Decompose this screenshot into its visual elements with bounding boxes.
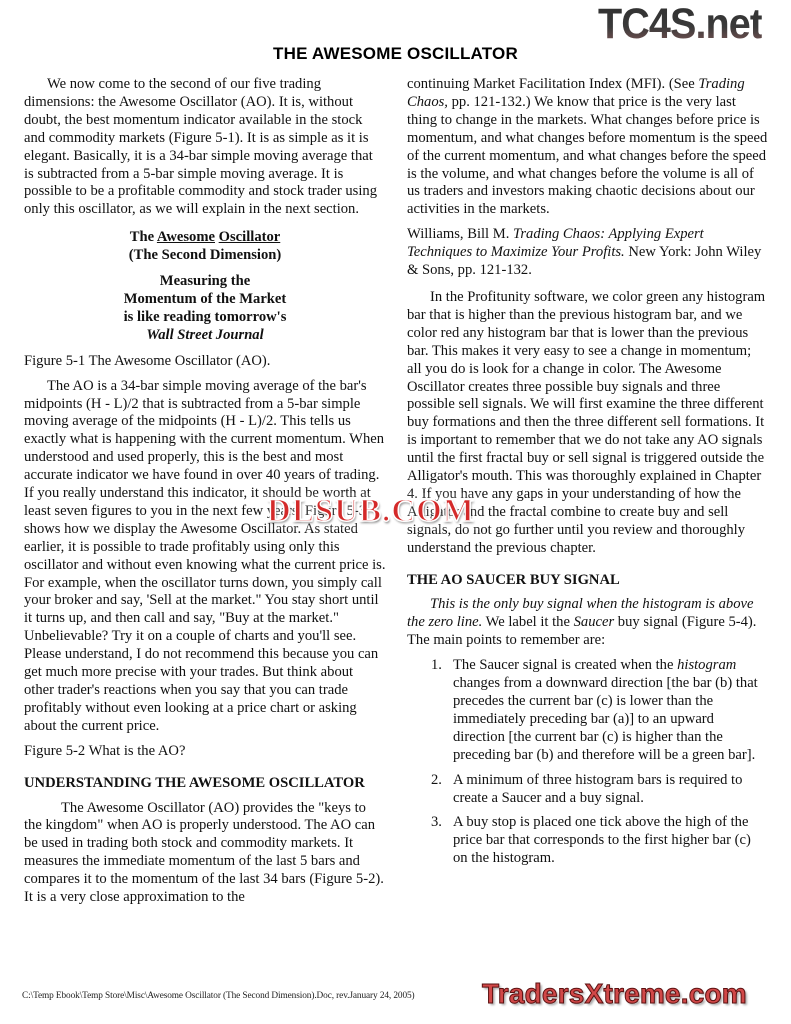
page-title: THE AWESOME OSCILLATOR [0,44,791,64]
dlsub-watermark: DLSUB.COM [263,493,479,530]
ao-definition-paragraph: The AO is a 34-bar simple moving average… [24,378,386,736]
mfi-text-b: pp. 121-132.) We know that price is the … [407,94,767,217]
saucer-heading: THE AO SAUCER BUY SIGNAL [407,572,769,590]
saucer-text-a: We label it the [482,614,573,630]
reference-citation: Williams, Bill M. Trading Chaos: Applyin… [407,226,769,280]
figure-quote-4: Wall Street Journal [24,327,386,345]
list-number: 3. [431,814,442,832]
ref-author: Williams, Bill M. [407,226,513,242]
intro-paragraph: We now come to the second of our five tr… [24,76,386,219]
figure-title-the: The [130,229,157,245]
figure-title-line: The Awesome Oscillator [24,229,386,247]
figure-quote-3: is like reading tomorrow's [24,309,386,327]
list-text: The Saucer signal is created when the [453,657,677,673]
figure-title-awesome: Awesome [157,229,215,245]
saucer-word: Saucer [574,614,615,630]
understanding-heading: UNDERSTANDING THE AWESOME OSCILLATOR [24,775,386,793]
footer-file-path: C:\Temp Ebook\Temp Store\Misc\Awesome Os… [22,991,415,1001]
list-item: 2.A minimum of three histogram bars is r… [407,772,769,808]
tradersxtreme-watermark: TradersXtreme.com [482,978,747,1010]
list-item: 1.The Saucer signal is created when the … [407,657,769,764]
list-text: A buy stop is placed one tick above the … [453,814,751,866]
understanding-paragraph: The Awesome Oscillator (AO) provides the… [24,800,386,907]
figure-title-oscillator: Oscillator [219,229,281,245]
figure-subtitle: (The Second Dimension) [24,247,386,265]
tc4s-watermark: TC4S.net [598,0,762,49]
saucer-points-list: 1.The Saucer signal is created when the … [407,657,769,868]
mfi-text-a: continuing Market Facilitation Index (MF… [407,76,698,92]
list-text: changes from a downward direction [the b… [453,675,758,763]
list-text: A minimum of three histogram bars is req… [453,772,742,806]
figure-quote-1: Measuring the [24,273,386,291]
figure-5-1-box: The Awesome Oscillator (The Second Dimen… [24,229,386,344]
figure-quote-2: Momentum of the Market [24,291,386,309]
figure-5-2-caption: Figure 5-2 What is the AO? [24,743,386,761]
list-number: 1. [431,657,442,675]
saucer-intro-paragraph: This is the only buy signal when the his… [407,596,769,650]
list-number: 2. [431,772,442,790]
list-item: 3.A buy stop is placed one tick above th… [407,814,769,868]
mfi-paragraph: continuing Market Facilitation Index (MF… [407,76,769,219]
list-italic: histogram [677,657,736,673]
figure-5-1-caption: Figure 5-1 The Awesome Oscillator (AO). [24,353,386,371]
right-column: continuing Market Facilitation Index (MF… [407,76,769,875]
